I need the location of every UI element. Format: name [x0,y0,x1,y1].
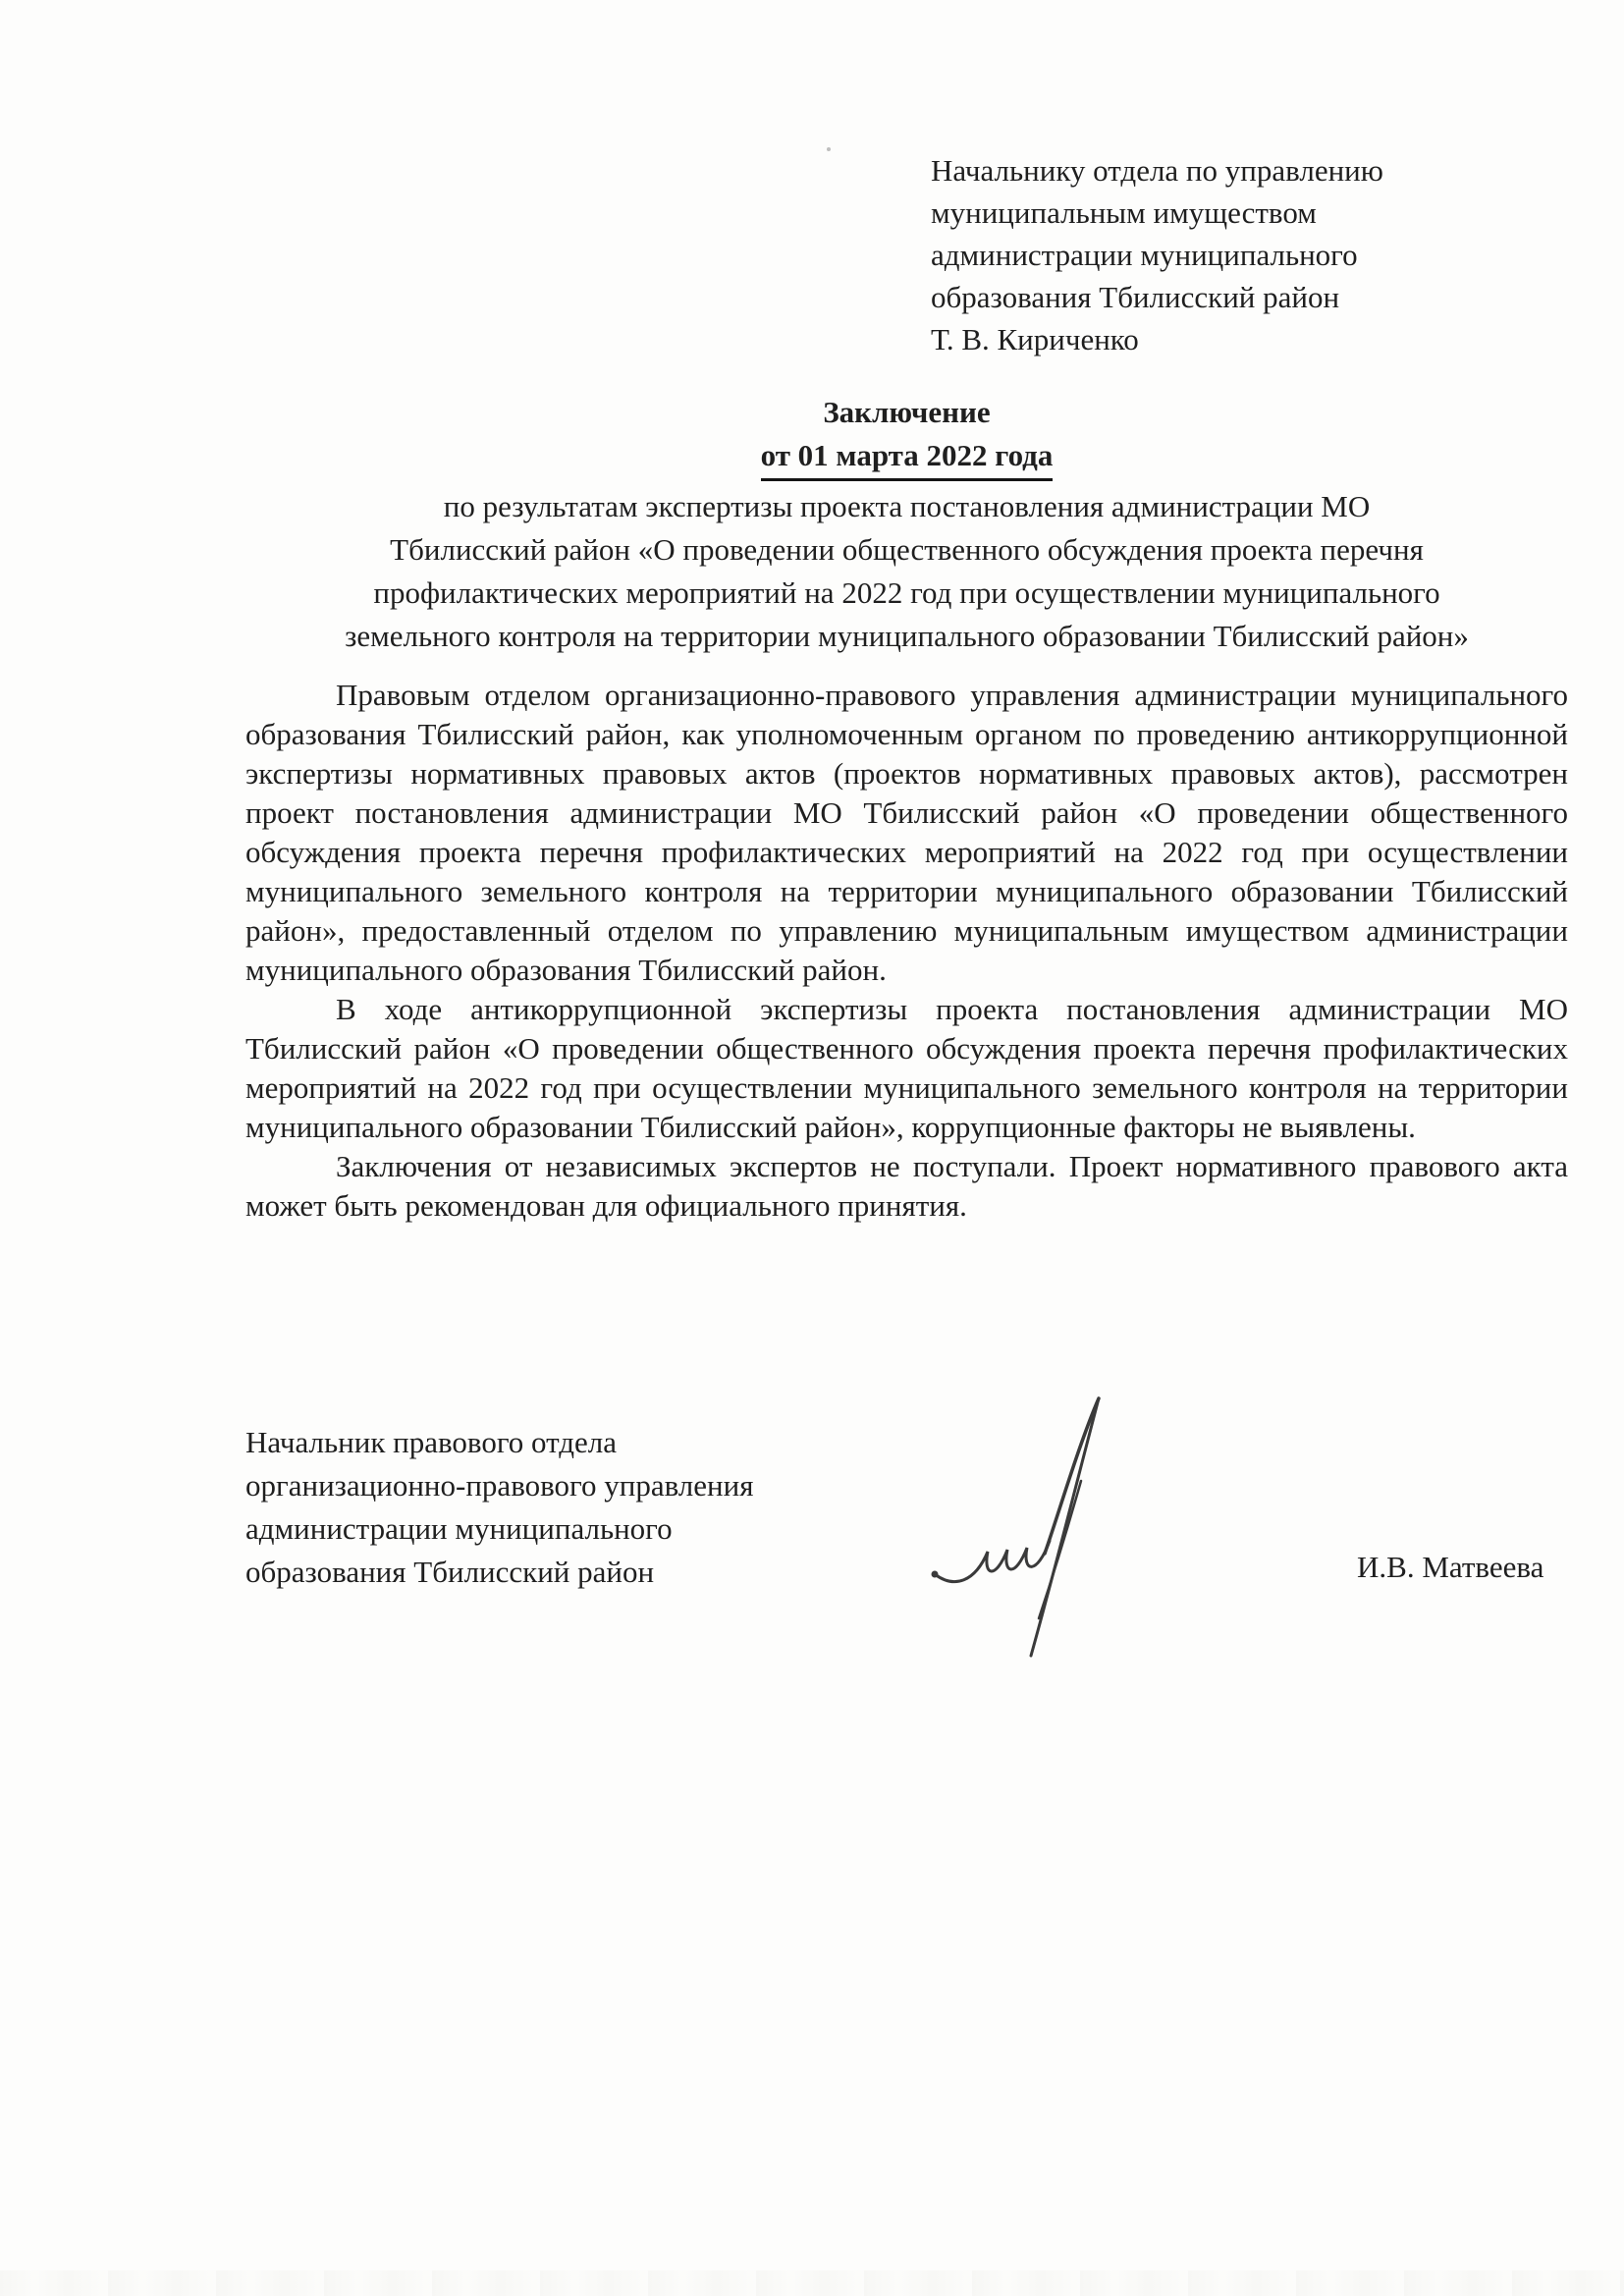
signatory-title-line: организационно-правового управления [245,1464,933,1507]
document-body: Правовым отделом организационно-правовог… [245,676,1568,1226]
document-date: от 01 марта 2022 года [761,434,1054,481]
addressee-line: Начальнику отдела по управлению [931,149,1540,191]
signatory-title-block: Начальник правового отдела организационн… [245,1421,933,1594]
scan-speck [827,147,831,151]
addressee-block: Начальнику отдела по управлению муниципа… [931,149,1540,360]
title-block: Заключение от 01 марта 2022 года по резу… [245,391,1568,658]
handwritten-signature-icon [921,1387,1196,1671]
document-title: Заключение [245,391,1568,434]
signatory-name: И.В. Матвеева [1357,1548,1543,1587]
addressee-line: муниципальным имуществом [931,191,1540,234]
scanned-document-page: Начальнику отдела по управлению муниципа… [0,0,1624,2296]
subtitle-line: земельного контроля на территории муници… [245,615,1568,658]
subtitle-line: Тбилисский район «О проведении обществен… [245,528,1568,572]
scan-bottom-edge [0,2270,1624,2296]
body-paragraph: Правовым отделом организационно-правовог… [245,676,1568,990]
addressee-line: образования Тбилисский район [931,276,1540,318]
body-paragraph: Заключения от независимых экспертов не п… [245,1147,1568,1226]
addressee-name: Т. В. Кириченко [931,318,1540,360]
subtitle-line: профилактических мероприятий на 2022 год… [245,572,1568,615]
body-paragraph: В ходе антикоррупционной экспертизы прое… [245,990,1568,1147]
signatory-title-line: образования Тбилисский район [245,1551,933,1594]
document-date-row: от 01 марта 2022 года [245,434,1568,485]
addressee-line: администрации муниципального [931,234,1540,276]
signatory-title-line: Начальник правового отдела [245,1421,933,1464]
subtitle-line: по результатам экспертизы проекта постан… [245,485,1568,528]
signatory-title-line: администрации муниципального [245,1507,933,1551]
